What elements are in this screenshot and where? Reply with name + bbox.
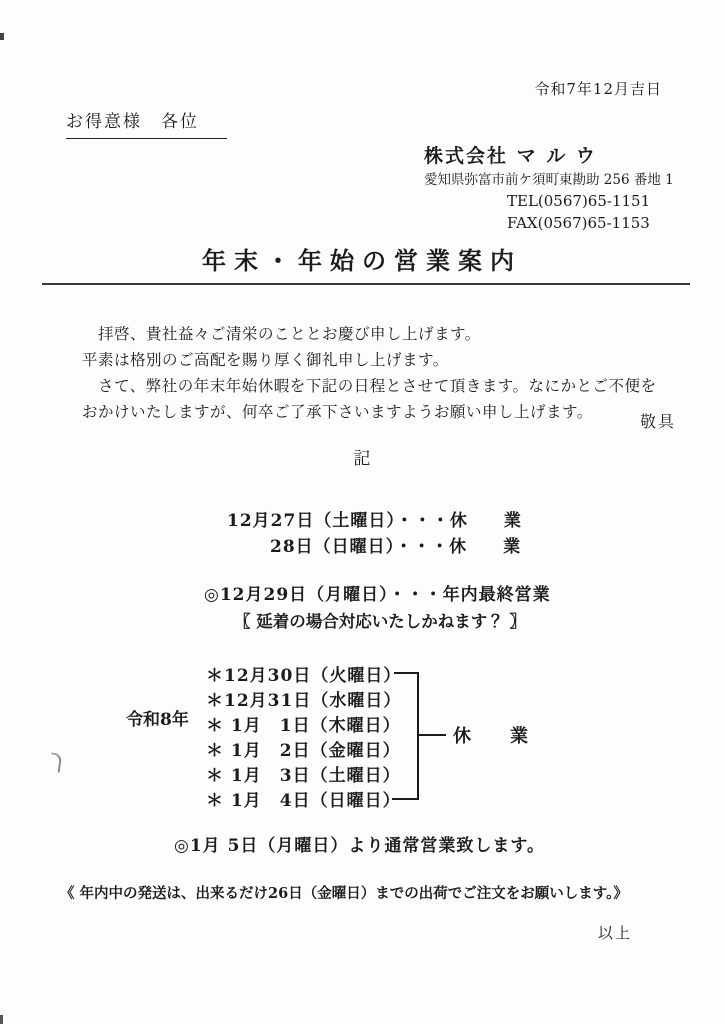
holiday-row: ＊ 1月 1日（木曜日）	[206, 711, 401, 736]
shipping-note: 《 年内中の発送は、出来るだけ26日（金曜日）までの出荷でご注文をお願いします。…	[60, 885, 628, 903]
company-name: 株式会社 マ ル ウ	[424, 145, 597, 169]
holiday-row: ＊12月31日（水曜日）	[206, 686, 401, 711]
era-label: 令和8年	[126, 710, 189, 731]
closed-day-row: 28日（日曜日）・・・休 業	[270, 537, 521, 558]
scan-artifact	[0, 33, 4, 40]
end-marker-ijou: 以上	[598, 924, 632, 943]
holiday-row: ＊ 1月 2日（金曜日）	[206, 736, 401, 761]
company-fax: FAX(0567)65-1153	[507, 214, 650, 233]
last-business-day-row: ◎12月29日（月曜日）・・・年内最終営業	[204, 585, 551, 606]
body-line: さて、弊社の年末年始休暇を下記の日程とさせて頂きます。なにかとご不便を	[82, 377, 656, 396]
holiday-bracket-vertical	[417, 672, 419, 800]
body-line: 拝啓、貴社益々ご清栄のこととお慶び申し上げます。	[82, 325, 481, 344]
title-underline-rule	[42, 283, 690, 285]
holiday-bracket-middle	[419, 734, 446, 736]
closed-day-row: 12月27日（土曜日）・・・休 業	[227, 511, 522, 532]
issue-date: 令和7年12月吉日	[534, 80, 662, 99]
company-tel: TEL(0567)65-1151	[507, 192, 650, 211]
body-line: 平素は格別のご高配を賜り厚く御礼申し上げます。	[82, 351, 449, 370]
closing-keigu: 敬具	[640, 412, 676, 432]
holiday-bracket-top	[394, 672, 419, 674]
company-address: 愛知県弥富市前ケ須町東勘助 256 番地 1	[424, 172, 674, 189]
recipient-line: お得意様 各位	[66, 112, 227, 139]
page-title: 年末・年始の営業案内	[0, 246, 724, 276]
record-marker: 記	[0, 449, 724, 470]
holiday-row: ＊ 1月 3日（土曜日）	[206, 761, 401, 786]
holiday-row: ＊ 1月 4日（日曜日）	[206, 786, 401, 811]
delay-note: 〖 延着の場合対応いたしかねます？ 〗	[234, 612, 526, 633]
holiday-group-label: 休 業	[453, 726, 529, 749]
scanned-letter-page: 令和7年12月吉日 お得意様 各位 株式会社 マ ル ウ 愛知県弥富市前ケ須町東…	[0, 0, 724, 1024]
scan-artifact	[49, 752, 63, 772]
resume-business-row: ◎1月 5日（月曜日）より通常営業致します。	[174, 836, 545, 857]
body-line: おかけいたしますが、何卒ご了承下さいますようお願い申し上げます。	[82, 403, 593, 422]
holiday-row: ＊12月30日（火曜日）	[206, 661, 401, 686]
scan-artifact	[0, 1015, 3, 1024]
holiday-bracket-bottom	[392, 798, 419, 800]
